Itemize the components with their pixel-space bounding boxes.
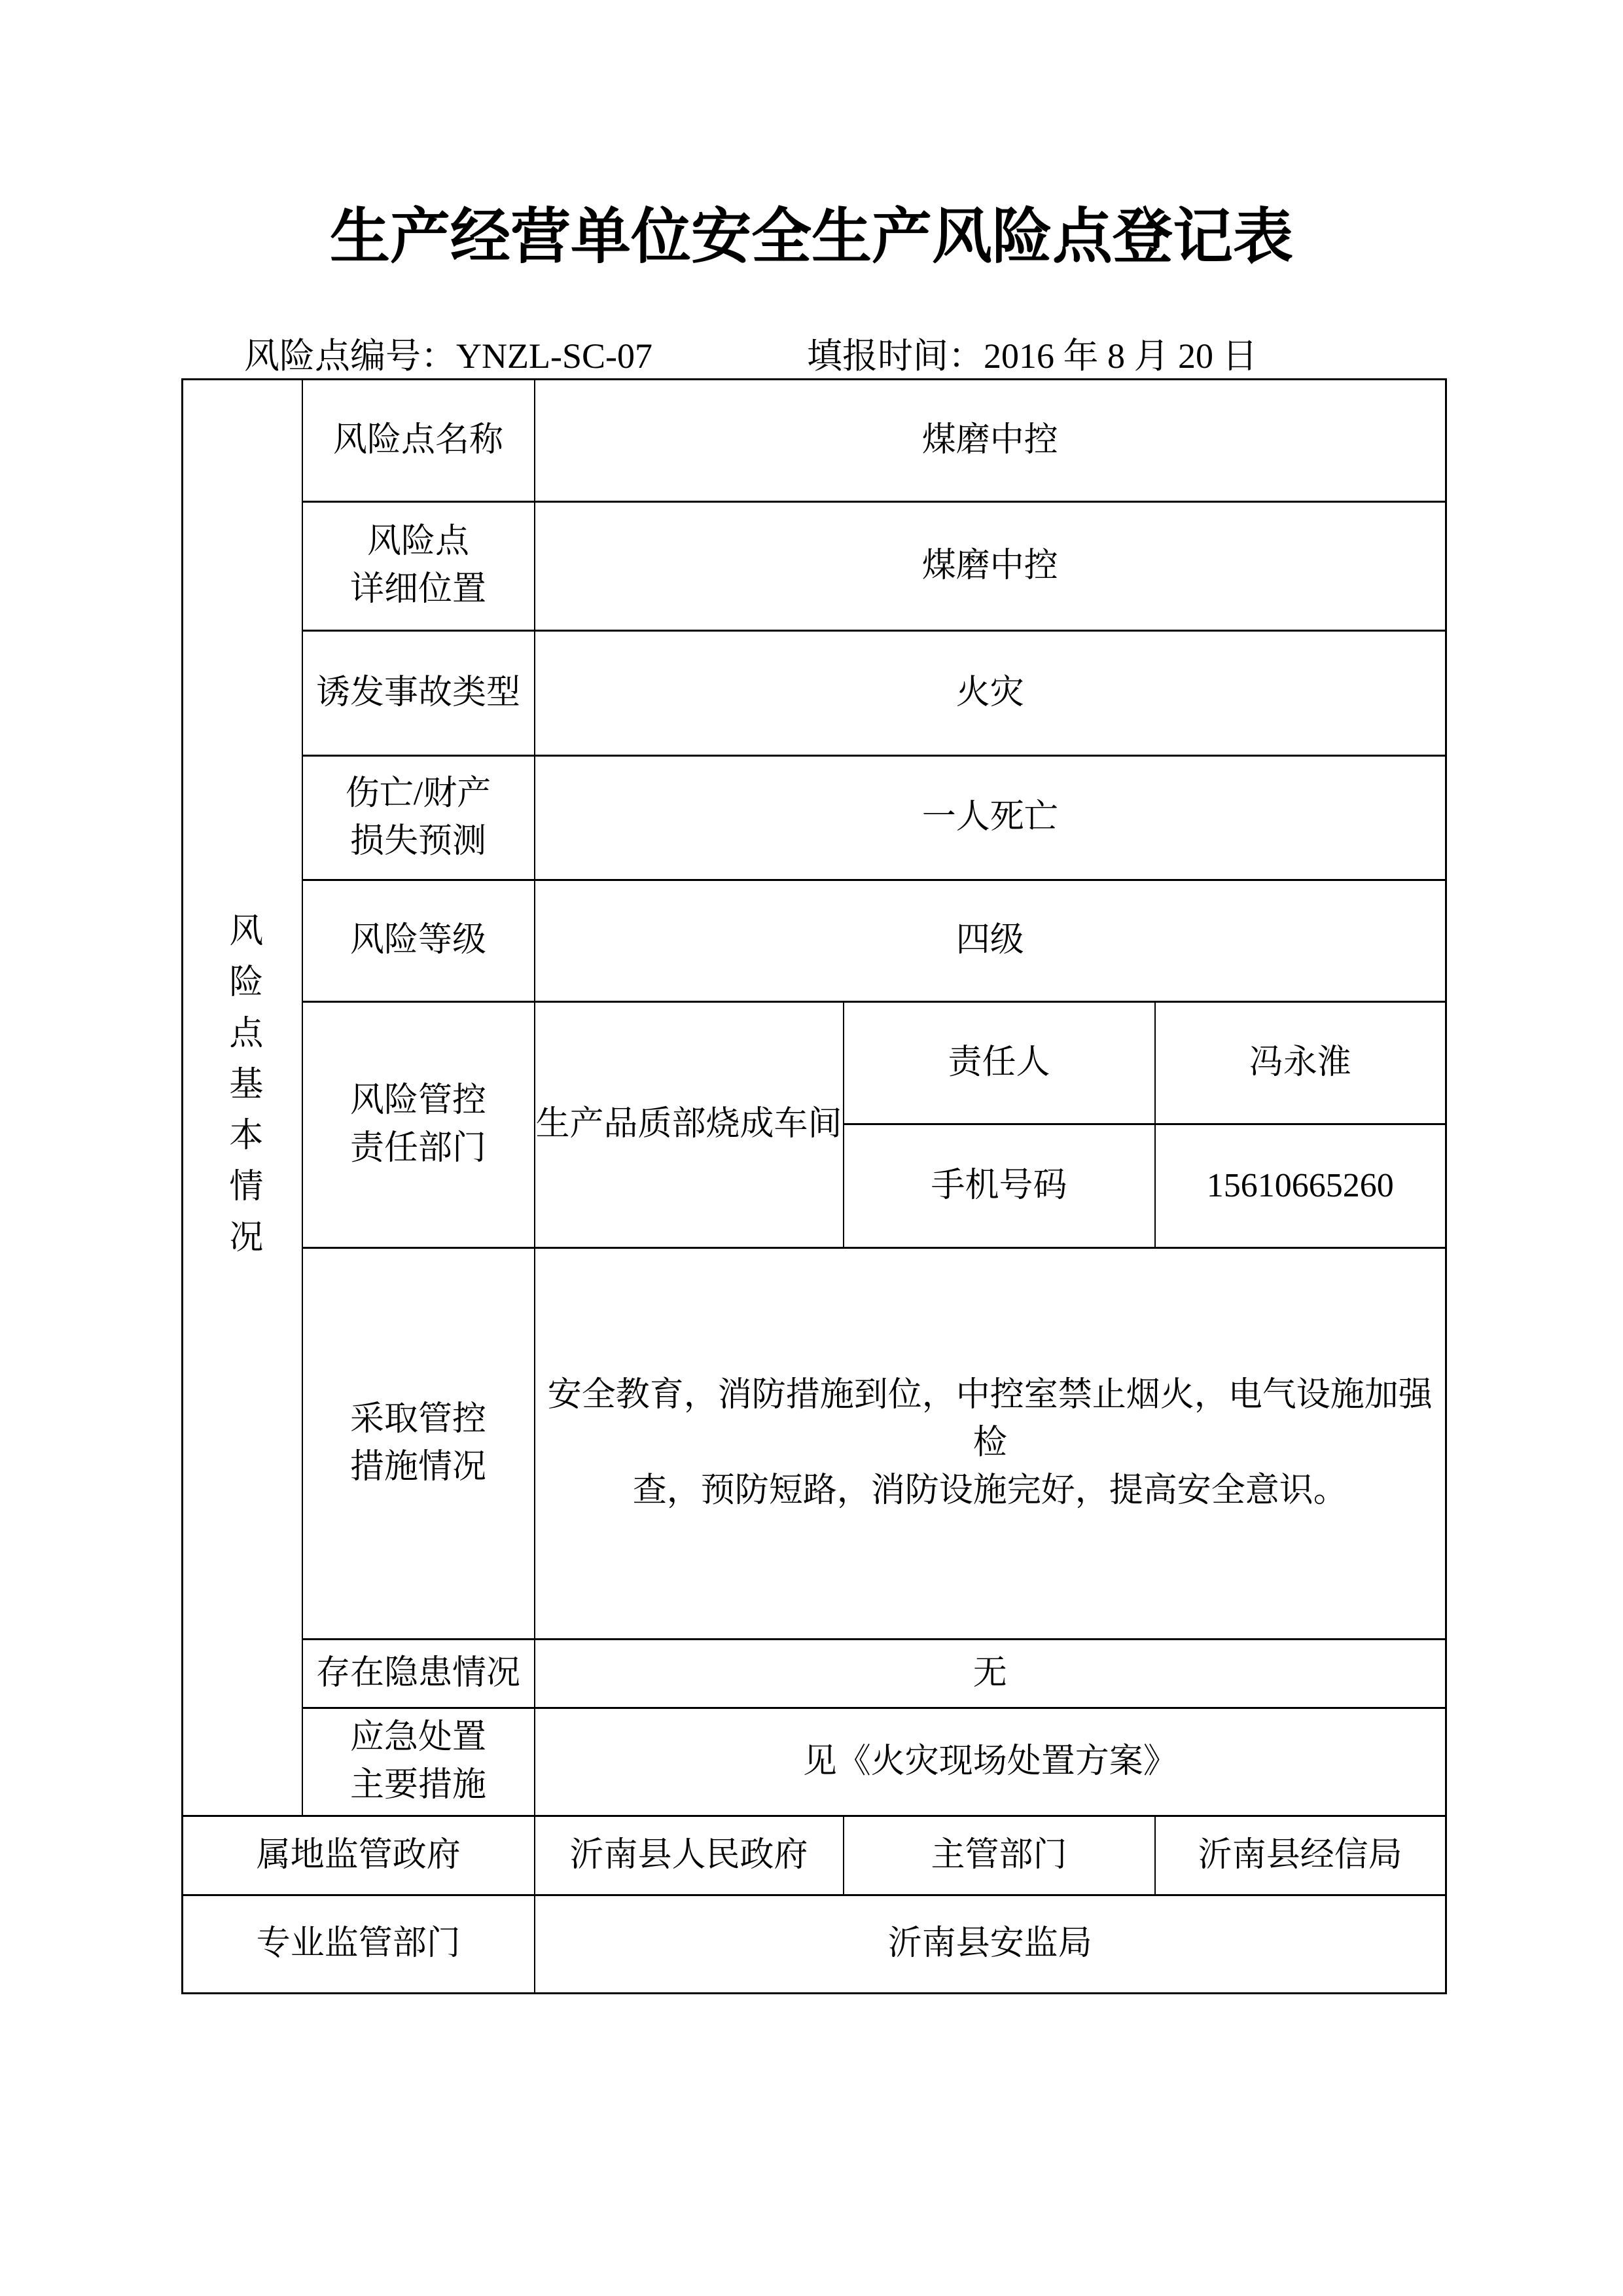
table-row: 诱发事故类型 火灾 xyxy=(183,631,1446,756)
cell-control-dept-value: 生产品质部烧成车间 xyxy=(535,1002,844,1248)
fill-date-label: 填报时间： xyxy=(807,336,984,376)
fill-date: 填报时间：2016 年 8 月 20 日 xyxy=(807,336,1258,376)
cell-loss-forecast-value: 一人死亡 xyxy=(535,756,1446,880)
cell-local-gov-label: 属地监管政府 xyxy=(183,1816,535,1895)
cell-emergency-label: 应急处置 主要措施 xyxy=(302,1708,535,1816)
table-row: 存在隐患情况 无 xyxy=(183,1640,1446,1708)
risk-registration-table: 风险点基本情况 风险点名称 煤磨中控 风险点 详细位置 煤磨中控 诱发事故类型 … xyxy=(181,378,1447,1994)
risk-point-number-value: YNZL-SC-07 xyxy=(456,336,652,376)
cell-control-measures-label: 采取管控 措施情况 xyxy=(302,1248,535,1640)
cell-responsible-value: 冯永淮 xyxy=(1155,1002,1446,1124)
cell-pro-dept-value: 沂南县安监局 xyxy=(535,1895,1446,1994)
cell-loss-forecast-label: 伤亡/财产 损失预测 xyxy=(302,756,535,880)
cell-location-value: 煤磨中控 xyxy=(535,502,1446,631)
table-row: 风险点基本情况 风险点名称 煤磨中控 xyxy=(183,380,1446,502)
document-page: 生产经营单位安全生产风险点登记表 风险点编号：YNZL-SC-07 填报时间：2… xyxy=(0,0,1623,2296)
cell-competent-dept-value: 沂南县经信局 xyxy=(1155,1816,1446,1895)
cell-phone-value: 15610665260 xyxy=(1155,1124,1446,1248)
cell-responsible-label: 责任人 xyxy=(844,1002,1155,1124)
cell-section-label: 风险点基本情况 xyxy=(183,380,302,1816)
cell-risk-name-value: 煤磨中控 xyxy=(535,380,1446,502)
fill-date-value: 2016 年 8 月 20 日 xyxy=(984,336,1258,376)
cell-local-gov-value: 沂南县人民政府 xyxy=(535,1816,844,1895)
cell-phone-label: 手机号码 xyxy=(844,1124,1155,1248)
cell-hidden-danger-value: 无 xyxy=(535,1640,1446,1708)
document-title: 生产经营单位安全生产风险点登记表 xyxy=(0,203,1623,272)
table-row: 风险点 详细位置 煤磨中控 xyxy=(183,502,1446,631)
cell-risk-level-label: 风险等级 xyxy=(302,880,535,1002)
table-row: 风险管控 责任部门 生产品质部烧成车间 责任人 冯永淮 xyxy=(183,1002,1446,1124)
table-row: 采取管控 措施情况 安全教育，消防措施到位，中控室禁止烟火，电气设施加强检 查，… xyxy=(183,1248,1446,1640)
cell-location-label: 风险点 详细位置 xyxy=(302,502,535,631)
risk-point-number: 风险点编号：YNZL-SC-07 xyxy=(244,336,652,376)
cell-control-measures-value: 安全教育，消防措施到位，中控室禁止烟火，电气设施加强检 查，预防短路，消防设施完… xyxy=(535,1248,1446,1640)
cell-risk-level-value: 四级 xyxy=(535,880,1446,1002)
cell-accident-type-value: 火灾 xyxy=(535,631,1446,756)
cell-accident-type-label: 诱发事故类型 xyxy=(302,631,535,756)
table-row: 风险等级 四级 xyxy=(183,880,1446,1002)
cell-pro-dept-label: 专业监管部门 xyxy=(183,1895,535,1994)
cell-control-dept-label: 风险管控 责任部门 xyxy=(302,1002,535,1248)
cell-emergency-value: 见《火灾现场处置方案》 xyxy=(535,1708,1446,1816)
cell-hidden-danger-label: 存在隐患情况 xyxy=(302,1640,535,1708)
section-label-vertical-text: 风险点基本情况 xyxy=(224,912,261,1270)
table-row: 属地监管政府 沂南县人民政府 主管部门 沂南县经信局 xyxy=(183,1816,1446,1895)
cell-competent-dept-label: 主管部门 xyxy=(844,1816,1155,1895)
table-row: 应急处置 主要措施 见《火灾现场处置方案》 xyxy=(183,1708,1446,1816)
cell-risk-name-label: 风险点名称 xyxy=(302,380,535,502)
table-row: 伤亡/财产 损失预测 一人死亡 xyxy=(183,756,1446,880)
risk-point-number-label: 风险点编号： xyxy=(244,336,456,376)
table-row: 专业监管部门 沂南县安监局 xyxy=(183,1895,1446,1994)
